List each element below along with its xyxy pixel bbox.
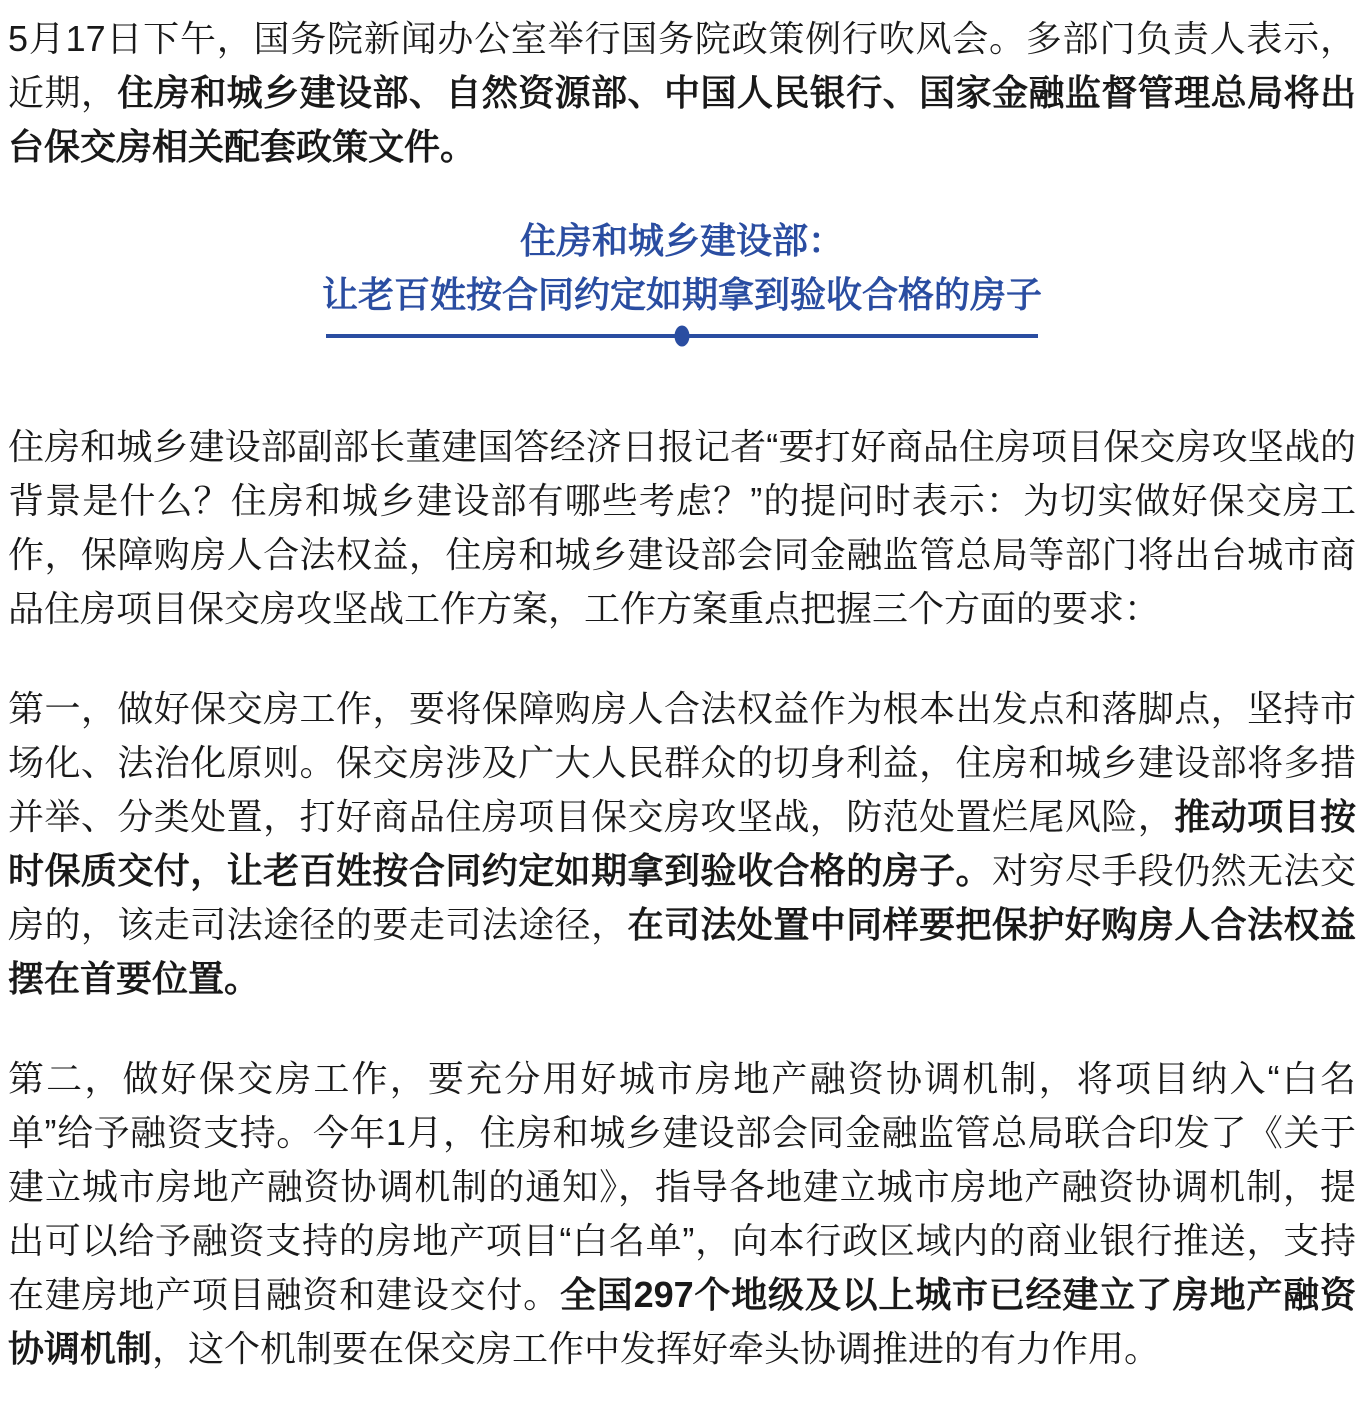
text-segment: 住房和城乡建设部副部长董建国答经济日报记者“要打好商品住房项目保交房攻坚战的背景…: [8, 426, 1356, 629]
bold-text-segment: 住房和城乡建设部、自然资源部、中国人民银行、国家金融监督管理总局将出台保交房相关…: [8, 72, 1356, 167]
article-body: 5月17日下午，国务院新闻办公室举行国务院政策例行吹风会。多部门负责人表示，近期…: [0, 0, 1364, 1424]
section-heading: 住房和城乡建设部： 让老百姓按合同约定如期拿到验收合格的房子: [8, 214, 1356, 338]
body-paragraph: 第一，做好保交房工作，要将保障购房人合法权益作为根本出发点和落脚点，坚持市场化、…: [8, 682, 1356, 1006]
text-segment: ，这个机制要在保交房工作中发挥好牵头协调推进的有力作用。: [152, 1328, 1160, 1369]
heading-underline-decoration: [326, 334, 1038, 338]
section-heading-line1: 住房和城乡建设部：: [8, 214, 1356, 268]
body-paragraph: 第二，做好保交房工作，要充分用好城市房地产融资协调机制，将项目纳入“白名单”给予…: [8, 1052, 1356, 1376]
text-segment: 第一，做好保交房工作，要将保障购房人合法权益作为根本出发点和落脚点，坚持市场化、…: [8, 688, 1356, 837]
heading-underline-dot: [675, 326, 690, 347]
body-paragraph: 住房和城乡建设部副部长董建国答经济日报记者“要打好商品住房项目保交房攻坚战的背景…: [8, 420, 1356, 636]
section-heading-line2: 让老百姓按合同约定如期拿到验收合格的房子: [8, 268, 1356, 322]
intro-paragraph: 5月17日下午，国务院新闻办公室举行国务院政策例行吹风会。多部门负责人表示，近期…: [8, 12, 1356, 174]
